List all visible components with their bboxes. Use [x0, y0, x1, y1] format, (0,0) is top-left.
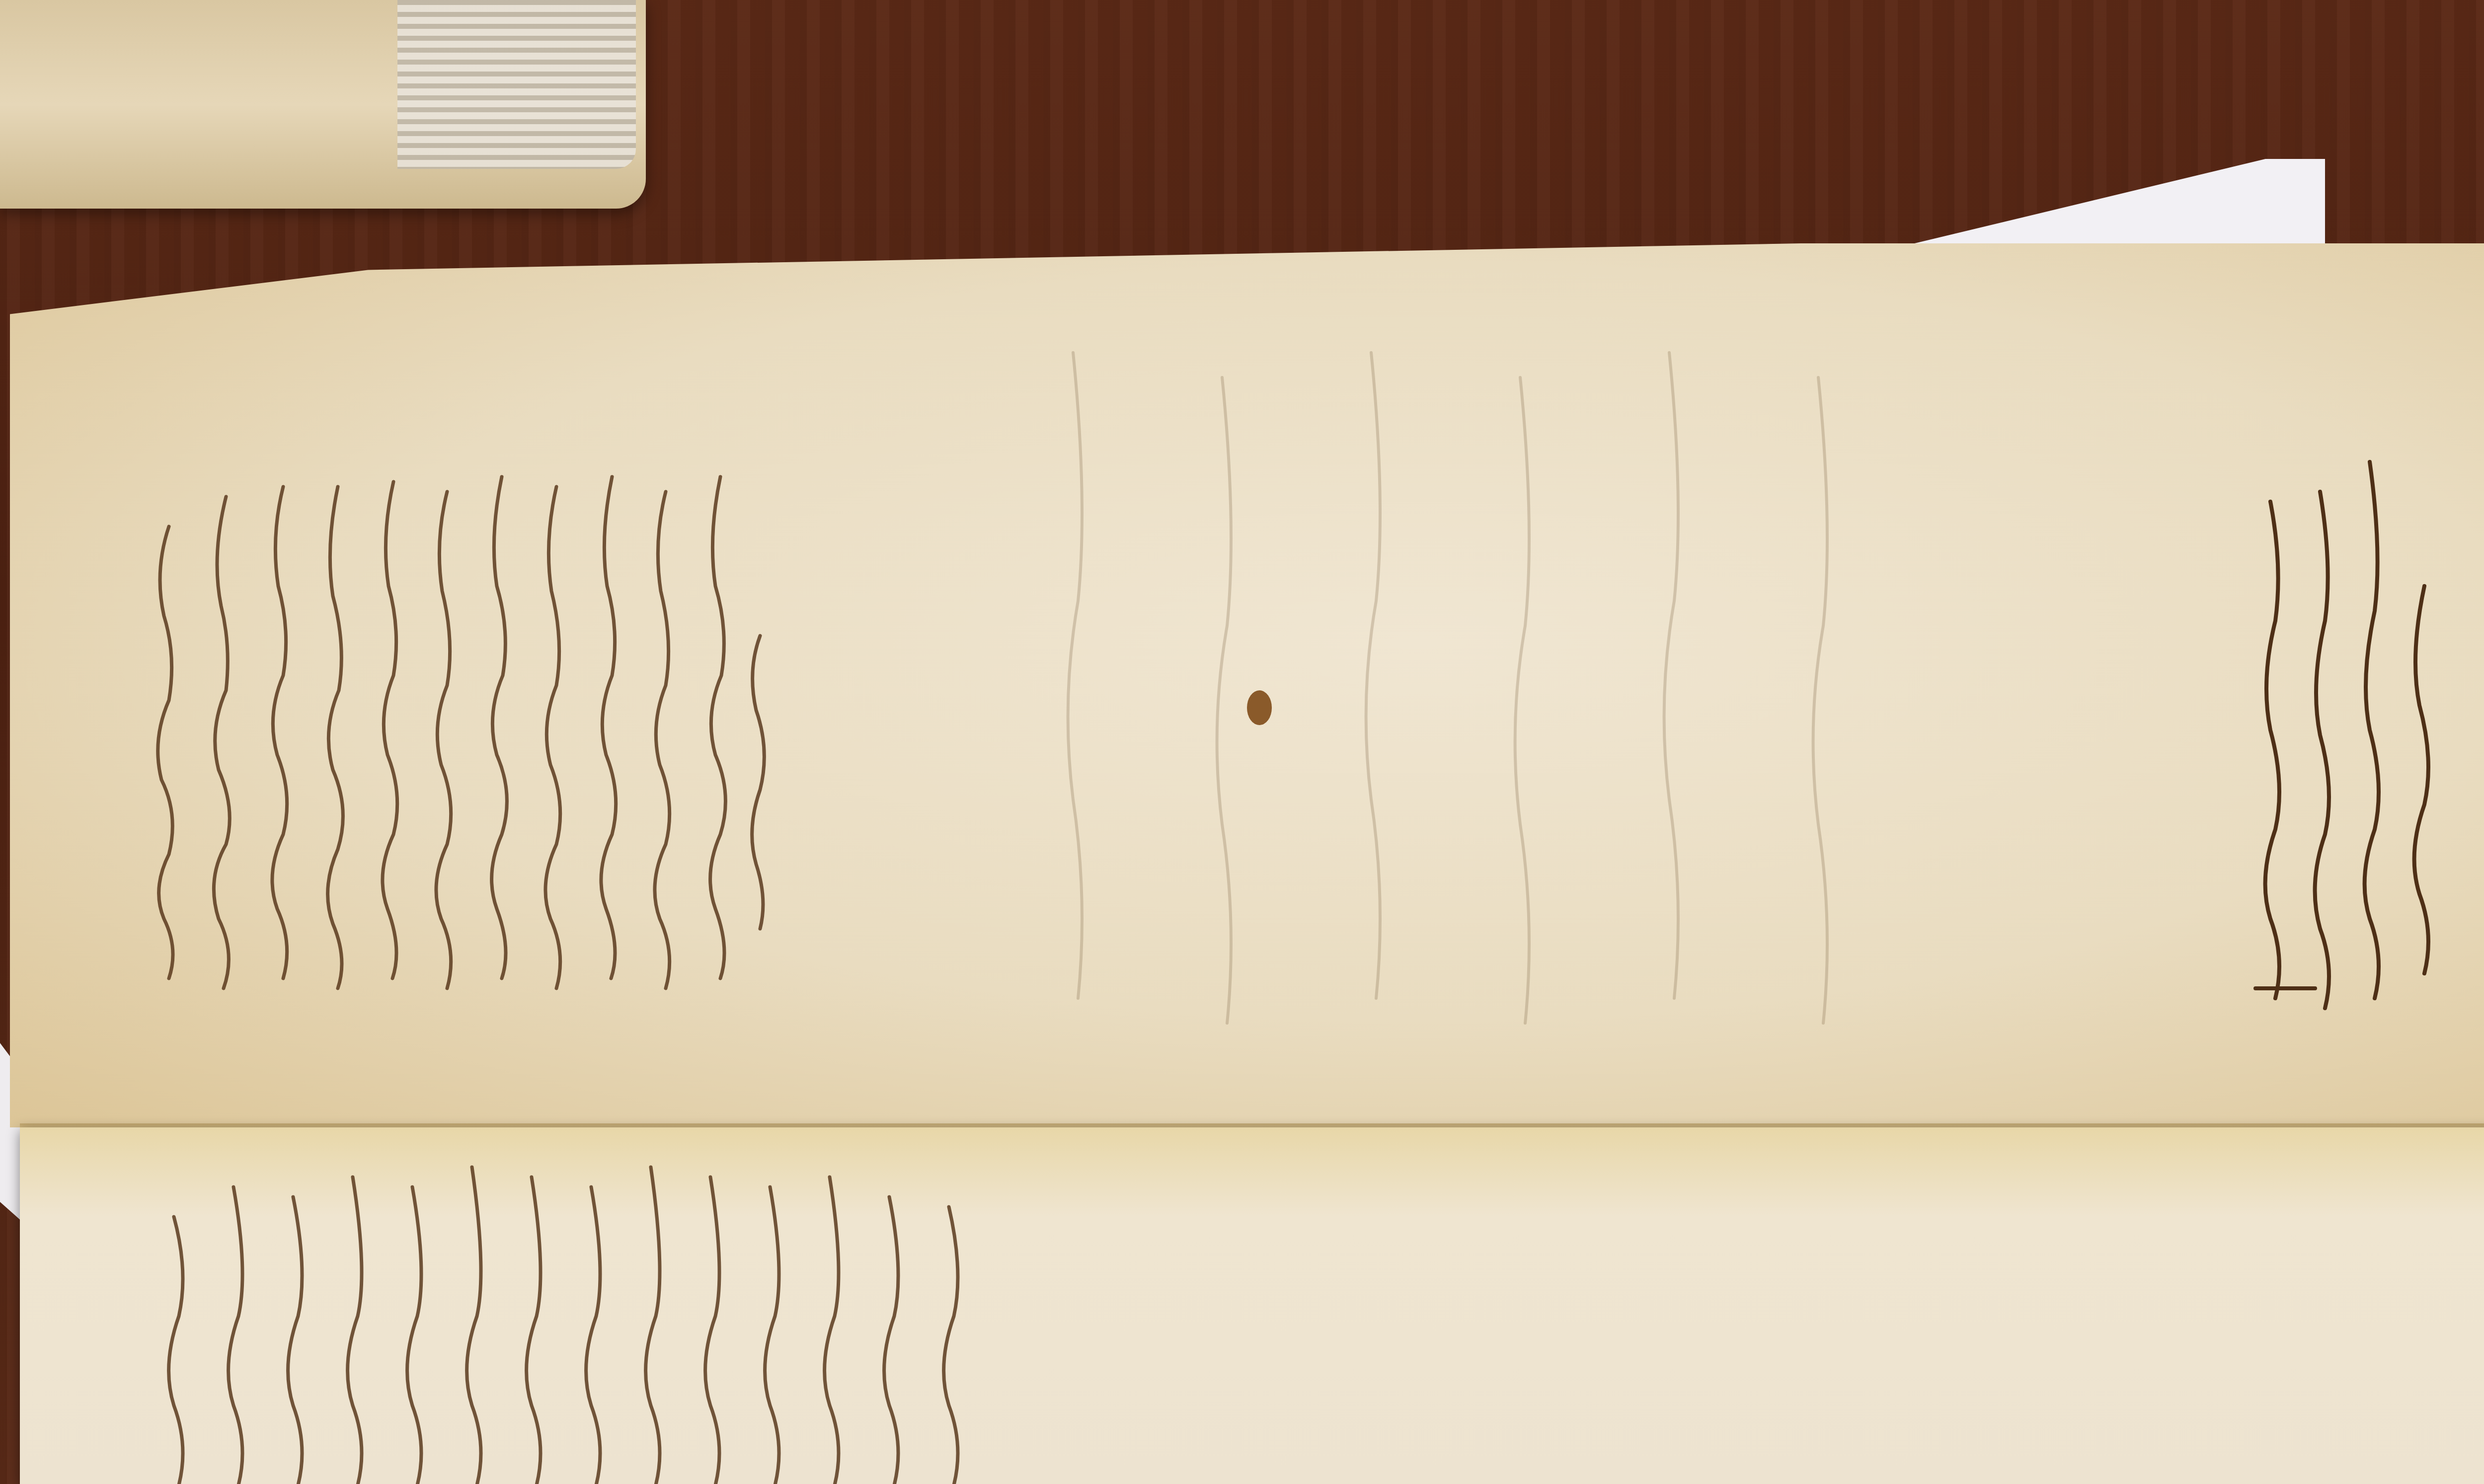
- manuscript-upper-page: [10, 243, 2484, 1127]
- bleed-through-text: [1004, 303, 1997, 1048]
- ink-blot: [1247, 690, 1272, 725]
- handwriting-annotation-block: [2246, 303, 2454, 1023]
- handwriting-lower-block: [149, 1147, 1093, 1484]
- handwriting-main-block: [139, 283, 785, 1003]
- manuscript-lower-page: [20, 1127, 2484, 1484]
- paper-stack: [0, 0, 646, 209]
